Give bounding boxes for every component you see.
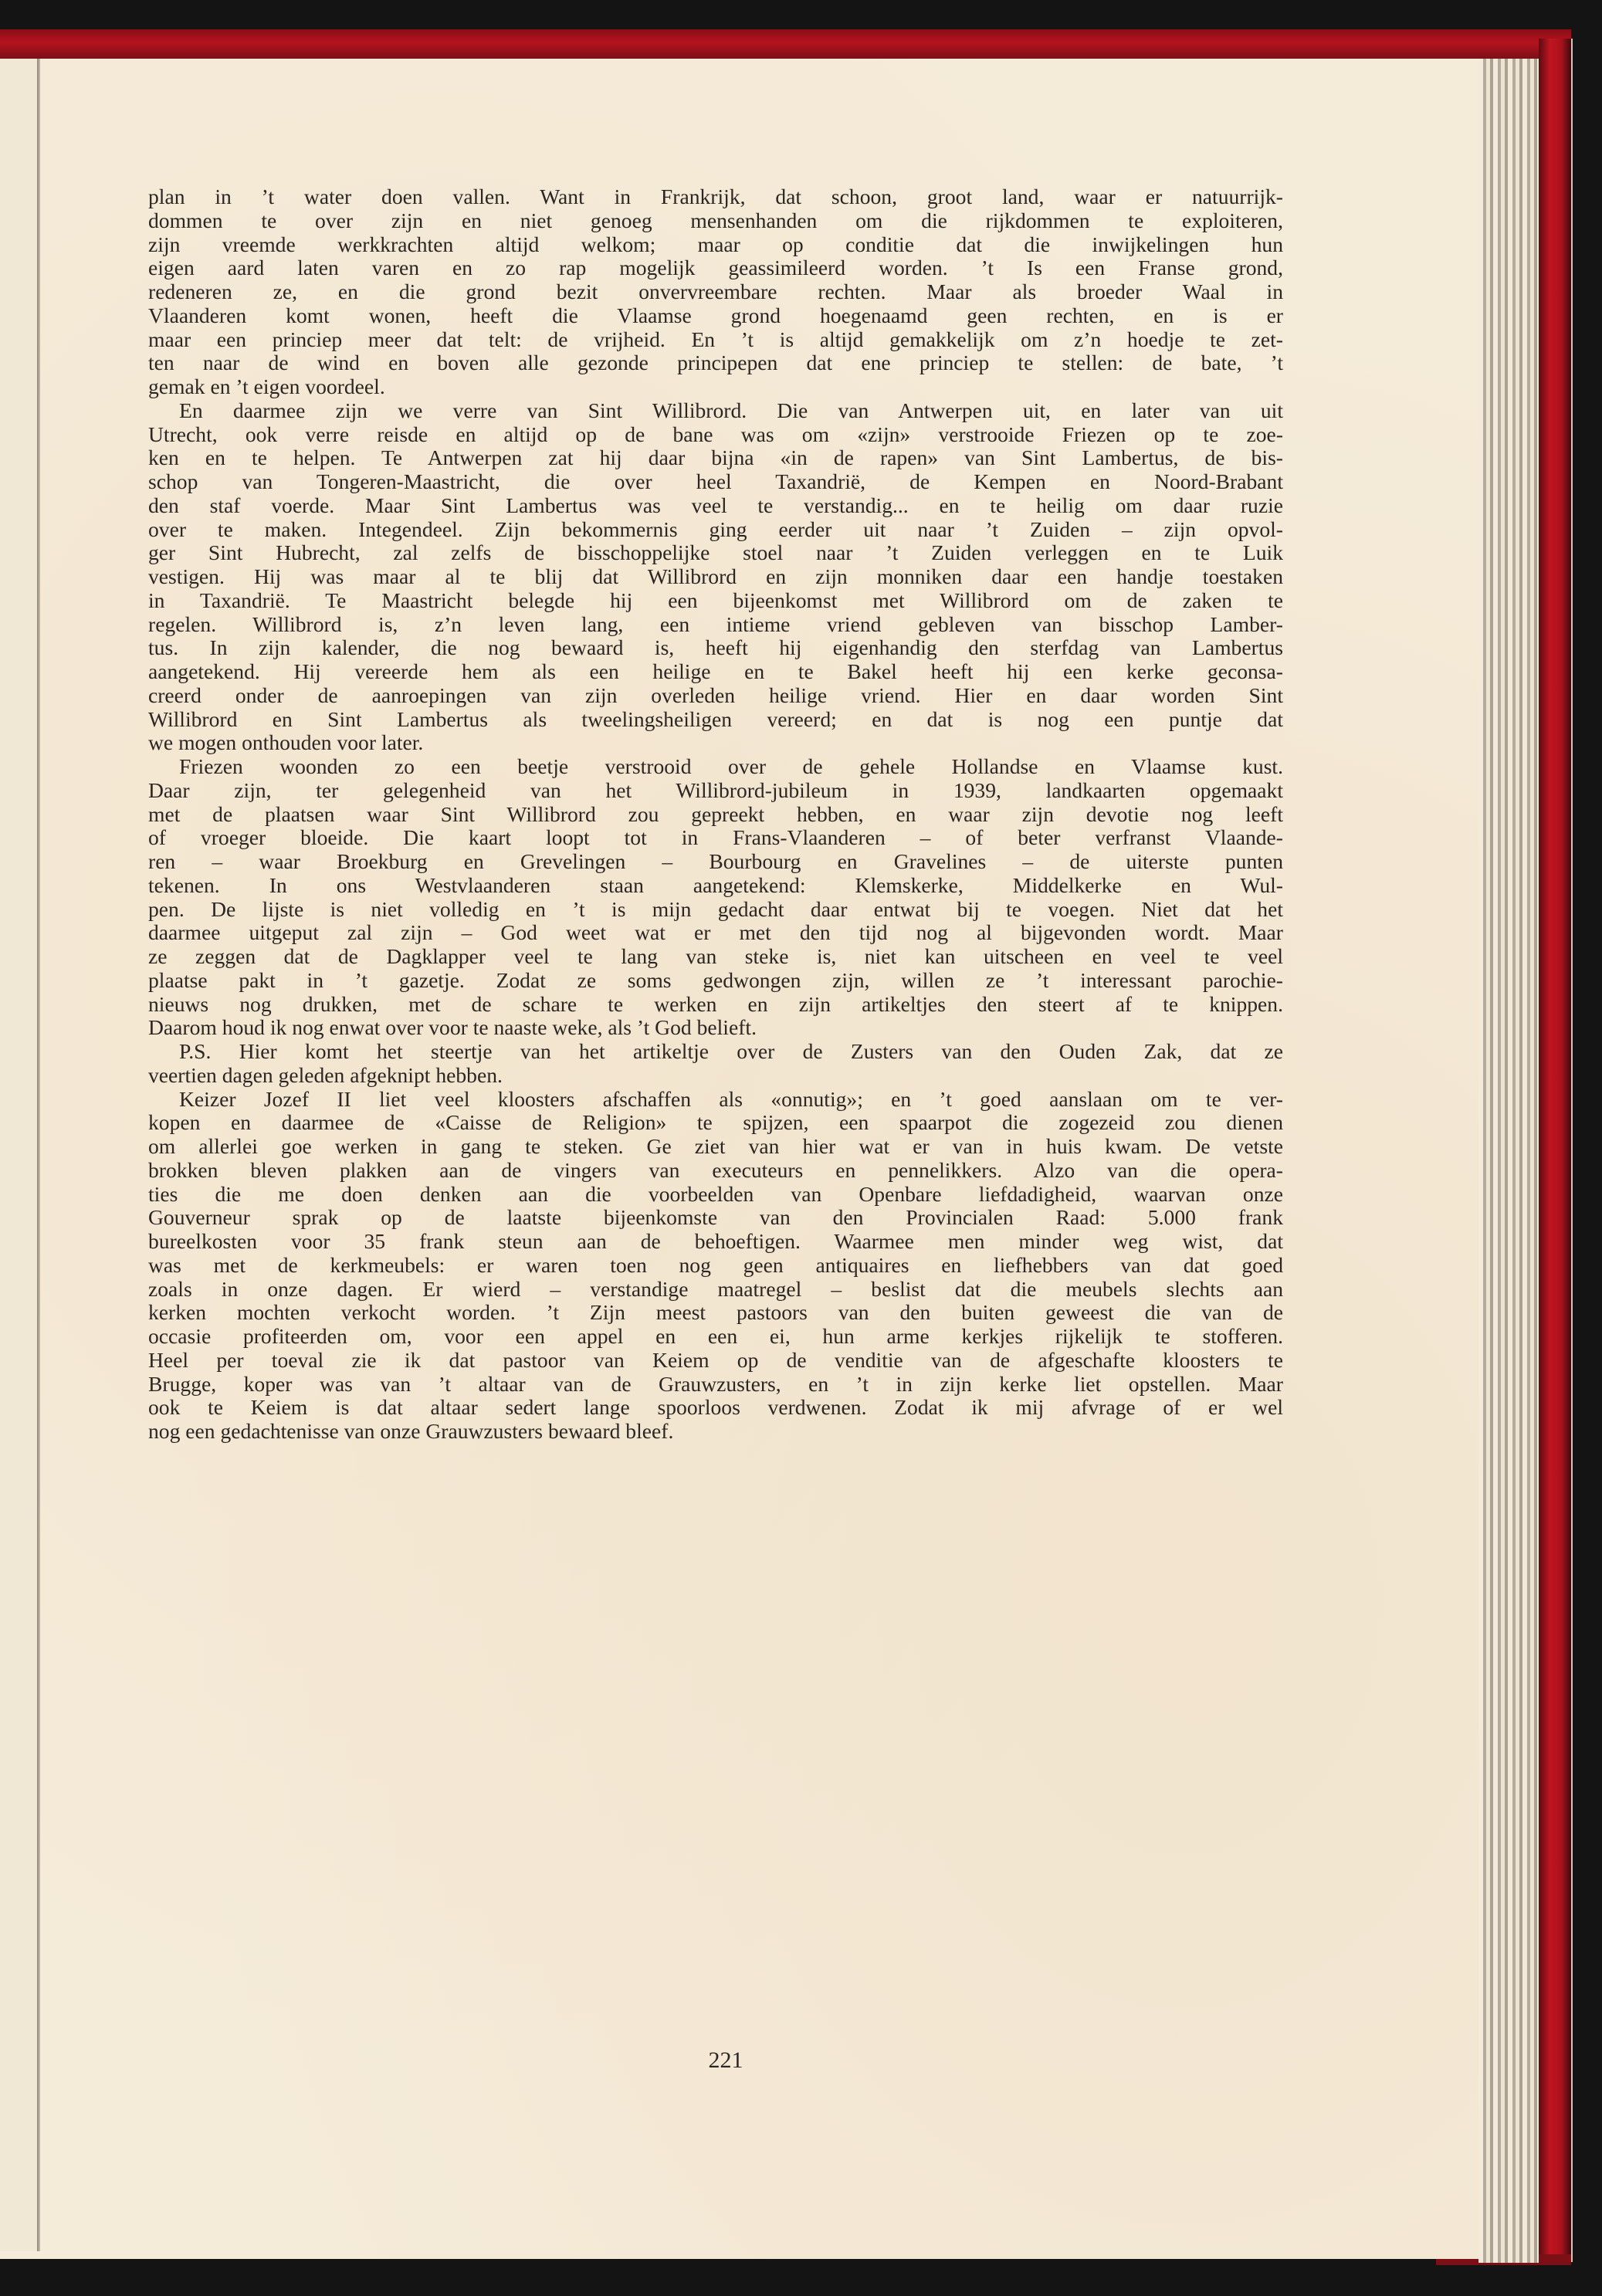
text-line: ten naar de wind en boven alle gezonde p… [148, 351, 1283, 375]
text-line: Daarom houd ik nog enwat over voor te na… [148, 1016, 1283, 1040]
text-line: ken en te helpen. Te Antwerpen zat hij d… [148, 446, 1283, 470]
text-line: veertien dagen geleden afgeknipt hebben. [148, 1064, 1283, 1088]
text-line: nog een gedachtenisse van onze Grauwzust… [148, 1420, 1283, 1444]
text-line: ties die me doen denken aan die voorbeel… [148, 1183, 1283, 1207]
text-line: P.S. Hier komt het steertje van het arti… [148, 1040, 1283, 1064]
text-line: Gouverneur sprak op de laatste bijeenkom… [148, 1206, 1283, 1230]
text-line: over te maken. Integendeel. Zijn bekomme… [148, 518, 1283, 542]
text-line: ze zeggen dat de Dagklapper veel te lang… [148, 945, 1283, 969]
text-line: En daarmee zijn we verre van Sint Willib… [148, 399, 1283, 423]
text-line: Friezen woonden zo een beetje verstrooid… [148, 755, 1283, 779]
paragraph: En daarmee zijn we verre van Sint Willib… [148, 399, 1283, 755]
text-line: kerken mochten verkocht worden. ’t Zijn … [148, 1301, 1283, 1325]
text-line: redeneren ze, en die grond bezit onvervr… [148, 280, 1283, 304]
text-line: met de plaatsen waar Sint Willibrord zou… [148, 803, 1283, 827]
text-line: Keizer Jozef II liet veel kloosters afsc… [148, 1088, 1283, 1112]
book-cover-top-edge [0, 29, 1571, 59]
book-cover-right-edge [1539, 39, 1573, 2262]
text-line: gemak en ’t eigen voordeel. [148, 375, 1283, 399]
text-line: zijn vreemde werkkrachten altijd welkom;… [148, 233, 1283, 257]
text-line: brokken bleven plakken aan de vingers va… [148, 1159, 1283, 1183]
text-line: dommen te over zijn en niet genoeg mense… [148, 209, 1283, 233]
text-line: om allerlei goe werken in gang te steken… [148, 1135, 1283, 1159]
text-line: pen. De lijste is niet volledig en ’t is… [148, 898, 1283, 922]
text-line: ook te Keiem is dat altaar sedert lange … [148, 1396, 1283, 1420]
text-line: Heel per toeval zie ik dat pastoor van K… [148, 1349, 1283, 1373]
page-edge-stack [1478, 59, 1539, 2263]
paragraph: Keizer Jozef II liet veel kloosters afsc… [148, 1088, 1283, 1444]
text-line: maar een princiep meer dat telt: de vrij… [148, 328, 1283, 352]
text-line: tekenen. In ons Westvlaanderen staan aan… [148, 874, 1283, 898]
text-line: creerd onder de aanroepingen van zijn ov… [148, 684, 1283, 708]
text-line: ren – waar Broekburg en Grevelingen – Bo… [148, 850, 1283, 874]
text-line: nieuws nog drukken, met de schare te wer… [148, 993, 1283, 1017]
text-line: tus. In zijn kalender, die nog bewaard i… [148, 636, 1283, 660]
text-line: ger Sint Hubrecht, zal zelfs de bisschop… [148, 541, 1283, 565]
text-line: Willibrord en Sint Lambertus als tweelin… [148, 708, 1283, 732]
text-line: plaatse pakt in ’t gazetje. Zodat ze som… [148, 969, 1283, 993]
text-line: bureelkosten voor 35 frank steun aan de … [148, 1230, 1283, 1254]
paragraph: P.S. Hier komt het steertje van het arti… [148, 1040, 1283, 1088]
gutter-fold-line [37, 59, 40, 2251]
text-line: kopen en daarmee de «Caisse de Religion»… [148, 1111, 1283, 1135]
text-line: we mogen onthouden voor later. [148, 731, 1283, 755]
text-line: was met de kerkmeubels: er waren toen no… [148, 1254, 1283, 1278]
text-line: den staf voerde. Maar Sint Lambertus was… [148, 494, 1283, 518]
text-line: plan in ’t water doen vallen. Want in Fr… [148, 185, 1283, 209]
paragraph: plan in ’t water doen vallen. Want in Fr… [148, 185, 1283, 399]
paragraph: Friezen woonden zo een beetje verstrooid… [148, 755, 1283, 1040]
page-gutter [0, 59, 37, 2251]
text-line: vestigen. Hij was maar al te blij dat Wi… [148, 565, 1283, 589]
text-line: eigen aard laten varen en zo rap mogelij… [148, 256, 1283, 280]
text-line: Daar zijn, ter gelegenheid van het Willi… [148, 779, 1283, 803]
text-line: of vroeger bloeide. Die kaart loopt tot … [148, 826, 1283, 850]
page-number: 221 [695, 2047, 757, 2074]
text-line: aangetekend. Hij vereerde hem als een he… [148, 660, 1283, 684]
text-line: Vlaanderen komt wonen, heeft die Vlaamse… [148, 304, 1283, 328]
text-line: Brugge, koper was van ’t altaar van de G… [148, 1373, 1283, 1397]
text-line: schop van Tongeren-Maastricht, die over … [148, 470, 1283, 494]
text-line: in Taxandrië. Te Maastricht belegde hij … [148, 589, 1283, 613]
text-line: daarmee uitgeput zal zijn – God weet wat… [148, 921, 1283, 945]
text-line: occasie profiteerden om, voor een appel … [148, 1325, 1283, 1349]
text-line: Utrecht, ook verre reisde en altijd op d… [148, 423, 1283, 447]
body-text: plan in ’t water doen vallen. Want in Fr… [148, 185, 1283, 1444]
text-line: zoals in onze dagen. Er wierd – verstand… [148, 1278, 1283, 1302]
text-line: regelen. Willibrord is, z’n leven lang, … [148, 613, 1283, 637]
